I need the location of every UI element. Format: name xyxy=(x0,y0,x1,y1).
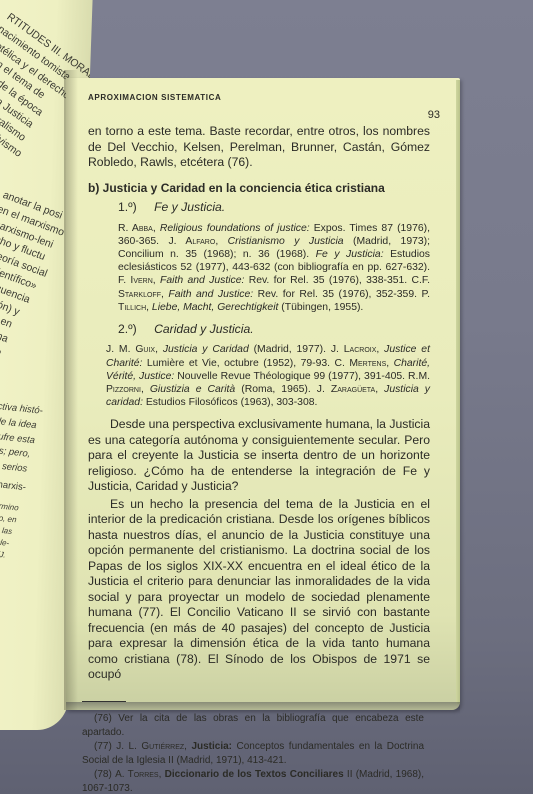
biblio-author: J. Alfaro xyxy=(168,236,215,247)
section-title: b) Justicia y Caridad en la conciencia é… xyxy=(88,181,430,197)
running-head: APROXIMACION SISTEMATICA xyxy=(88,93,221,102)
spine-shadow xyxy=(64,70,78,710)
paragraph-2: Es un hecho la presencia del tema de la … xyxy=(88,497,430,683)
left-page-fragments-2: anotar la posi en el marxismo marxismo-l… xyxy=(0,188,72,379)
biblio-author: J. Zaragüeta xyxy=(317,384,375,395)
biblio-title: Religious foundations of justice: xyxy=(160,223,310,234)
left-page-fragments-4: marxis- xyxy=(0,478,27,496)
footnote-author: J. L. Gutiérrez, xyxy=(116,741,187,752)
footnote-title: Diccionario de los Textos Conciliares xyxy=(161,769,343,780)
opening-paragraph: en torno a este tema. Baste recordar, en… xyxy=(88,124,430,171)
biblio-title: Giustizia e Carità xyxy=(150,384,235,395)
footnote-76: (76) Ver la cita de las obras en la bibl… xyxy=(82,712,424,740)
biblio-rest: Rev. for Rel. 35 (1976), 338-351. xyxy=(244,275,411,286)
left-page-fragments-5: érmino olo, en de las mple- ra (J. nos 7… xyxy=(0,500,19,586)
paragraph-1: Desde una perspectiva exclusivamente hum… xyxy=(88,417,430,495)
left-fragment: nos xyxy=(0,560,11,574)
subsection-number: 2.º) xyxy=(118,322,137,336)
footnote-author: A. Torres, xyxy=(115,769,161,780)
biblio-author: F. Ivern xyxy=(118,275,153,286)
subsection-number: 1.º) xyxy=(118,200,137,214)
footnote-number: (77) xyxy=(94,741,112,752)
biblio-rest: Nouvelle Revue Théologique 99 (1977), 39… xyxy=(174,371,408,382)
biblio-title: Justicia y Caridad xyxy=(163,344,249,355)
footnotes: (76) Ver la cita de las obras en la bibl… xyxy=(82,712,424,794)
subsection-title: Fe y Justicia. xyxy=(154,200,225,214)
page-edge xyxy=(456,80,460,704)
body-text: en torno a este tema. Baste recordar, en… xyxy=(88,124,430,794)
biblio-title: Faith and Justice: xyxy=(160,275,244,286)
biblio-rest: (Roma, 1965). xyxy=(235,384,317,395)
biblio-title: Faith and Justice: xyxy=(168,289,253,300)
footnote-title: Justicia: xyxy=(187,741,232,752)
biblio-author: J. M. Guix xyxy=(106,344,155,355)
footnote-number: (78) xyxy=(94,769,112,780)
biblio-rest: Rev. for Rel. 35 (1976), 352-359. xyxy=(253,289,421,300)
biblio-author: C. Mertens xyxy=(335,358,387,369)
left-page-fragments-3: ctiva histó- de la idea sufre esta les; … xyxy=(0,400,44,478)
left-fragment: marxis- xyxy=(0,478,27,496)
footnote-rule xyxy=(82,701,126,702)
subsection-title: Caridad y Justicia. xyxy=(154,322,254,336)
bibliography-2: J. M. Guix, Justicia y Caridad (Madrid, … xyxy=(106,343,430,409)
biblio-rest: (Madrid, 1977). xyxy=(249,344,331,355)
footnote-77: (77) J. L. Gutiérrez, Justicia: Concepto… xyxy=(82,740,424,768)
subsection-1-title: 1.º) Fe y Justicia. xyxy=(118,200,430,216)
footnote-78: (78) A. Torres, Diccionario de los Texto… xyxy=(82,768,424,794)
footnote-text: Ver la cita de las obras en la bibliogra… xyxy=(82,713,424,738)
left-fragment: ra (J. xyxy=(0,548,13,562)
footnote-number: (76) xyxy=(94,713,112,724)
biblio-author: J. Lacroix xyxy=(331,344,377,355)
biblio-title: Cristianismo y Justicia xyxy=(228,236,344,247)
biblio-title: Fe y Justicia: xyxy=(316,249,384,260)
left-fragment: 75) xyxy=(0,572,9,586)
page-number: 93 xyxy=(428,109,440,121)
biblio-rest: (Tübingen, 1955). xyxy=(278,302,363,313)
biblio-title: Liebe, Macht, Gerechtigkeit xyxy=(152,302,278,313)
left-fragment: mple- xyxy=(0,536,14,550)
biblio-author: R. Abba xyxy=(118,223,153,234)
subsection-2-title: 2.º) Caridad y Justicia. xyxy=(118,322,430,338)
biblio-rest: Lumière et Vie, octubre (1952), 79-93. xyxy=(142,358,334,369)
bibliography-1: R. Abba, Religious foundations of justic… xyxy=(118,222,430,314)
biblio-rest: Estudios Filosóficos (1963), 303-308. xyxy=(143,397,317,408)
